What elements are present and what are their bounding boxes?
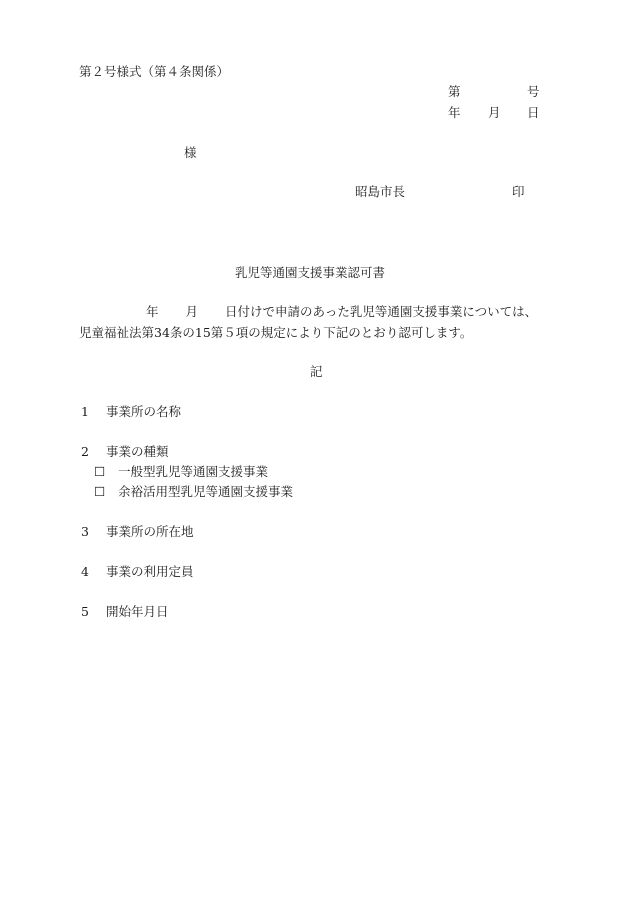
form-number: 第２号様式（第４条関係） [79, 66, 229, 79]
seal-mark: 印 [512, 186, 525, 199]
ki-heading: 記 [310, 366, 323, 379]
checkbox-icon: ☐ [94, 466, 118, 479]
date-year-label: 年 [448, 107, 461, 120]
addressee-honorific: 様 [184, 147, 197, 160]
document-number-suffix: 号 [527, 86, 540, 99]
business-type-general: ☐一般型乳児等通園支援事業 [94, 466, 268, 479]
body-line-2: 児童福祉法第34条の15第５項の規定により下記のとおり認可します。 [79, 327, 472, 340]
document-number-prefix: 第 [448, 86, 461, 99]
item-number: 1 [81, 406, 106, 419]
item-label: 事業の種類 [106, 444, 169, 459]
checkbox-icon: ☐ [94, 486, 118, 499]
item-capacity: 4事業の利用定員 [81, 566, 194, 579]
issuer-name: 昭島市長 [355, 186, 405, 199]
item-number: 5 [81, 606, 106, 619]
date-day-label: 日 [527, 107, 540, 120]
item-start-date: 5開始年月日 [81, 606, 169, 619]
body-line-1: 年月日付けで申請のあった乳児等通園支援事業については、 [146, 306, 537, 319]
item-business-type: 2事業の種類 [81, 446, 169, 459]
date-month-label: 月 [488, 107, 501, 120]
business-type-spare-capacity: ☐余裕活用型乳児等通園支援事業 [94, 486, 293, 499]
item-number: 3 [81, 526, 106, 539]
item-number: 4 [81, 566, 106, 579]
body-month-label: 月 [186, 306, 199, 319]
body-line-1-text: 日付けで申請のあった乳児等通園支援事業については、 [225, 306, 537, 319]
item-label: 事業の利用定員 [106, 564, 194, 579]
business-type-label: 一般型乳児等通園支援事業 [118, 464, 268, 479]
item-number: 2 [81, 446, 106, 459]
item-label: 開始年月日 [106, 604, 169, 619]
item-label: 事業所の所在地 [106, 524, 194, 539]
item-label: 事業所の名称 [106, 404, 181, 419]
item-business-name: 1事業所の名称 [81, 406, 181, 419]
document-title: 乳児等通園支援事業認可書 [235, 267, 385, 280]
body-year-label: 年 [146, 306, 159, 319]
business-type-label: 余裕活用型乳児等通園支援事業 [118, 484, 293, 499]
item-business-address: 3事業所の所在地 [81, 526, 194, 539]
